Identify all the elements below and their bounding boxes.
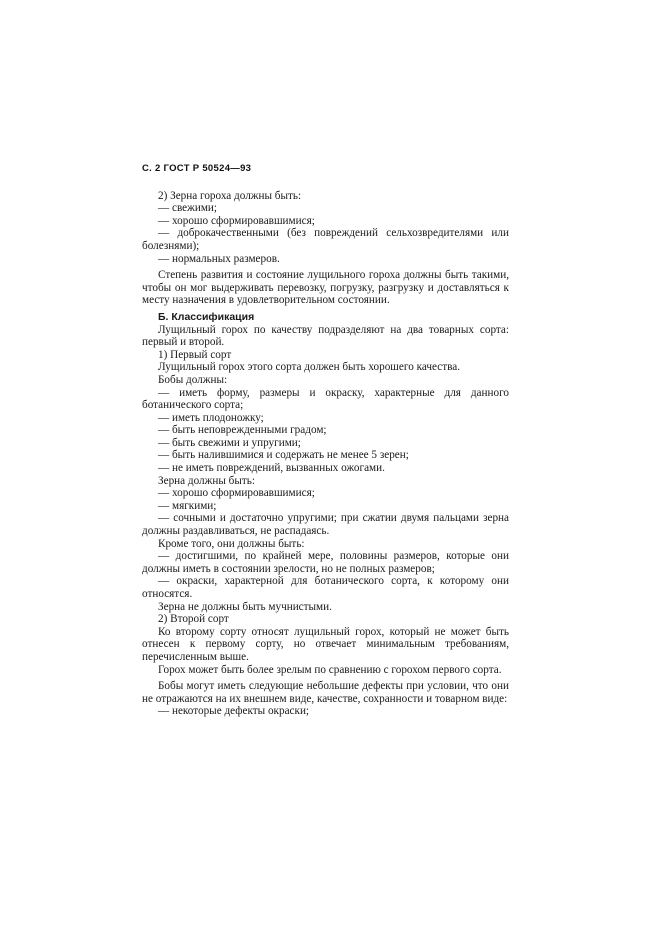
page-header: С. 2 ГОСТ Р 50524—93 (142, 163, 509, 176)
paragraph: — не иметь повреждений, вызванных ожогам… (142, 462, 509, 475)
paragraph: — быть налившимися и содержать не менее … (142, 449, 509, 462)
paragraph: — быть свежими и упругими; (142, 437, 509, 450)
paragraph: 1) Первый сорт (142, 349, 509, 362)
heading-text: Б. Классификация (158, 311, 254, 323)
paragraph: — хорошо сформировавшимися; (142, 215, 509, 228)
paragraph: — нормальных размеров. (142, 253, 509, 266)
paragraph: Зерна не должны быть мучнистыми. (142, 601, 509, 614)
paragraph: Степень развития и состояние лущильного … (142, 269, 509, 307)
paragraph: — быть неповрежденными градом; (142, 424, 509, 437)
paragraph: Бобы должны: (142, 374, 509, 387)
paragraph: — иметь форму, размеры и окраску, характ… (142, 387, 509, 412)
paragraph: — доброкачественными (без повреждений се… (142, 227, 509, 252)
paragraph: Лущильный горох по качеству подразделяют… (142, 324, 509, 349)
paragraph: Бобы могут иметь следующие небольшие деф… (142, 680, 509, 705)
paragraph: Ко второму сорту относят лущильный горох… (142, 626, 509, 664)
paragraph: Кроме того, они должны быть: (142, 538, 509, 551)
paragraph: 2) Зерна гороха должны быть: (142, 190, 509, 203)
paragraph: Горох может быть более зрелым по сравнен… (142, 664, 509, 677)
paragraph: 2) Второй сорт (142, 613, 509, 626)
paragraph: — достигшими, по крайней мере, половины … (142, 550, 509, 575)
paragraph: — мягкими; (142, 500, 509, 513)
document-page: С. 2 ГОСТ Р 50524—93 2) Зерна гороха дол… (142, 163, 509, 718)
paragraph: — некоторые дефекты окраски; (142, 705, 509, 718)
paragraph: — окраски, характерной для ботанического… (142, 575, 509, 600)
paragraph: Лущильный горох этого сорта должен быть … (142, 361, 509, 374)
section-heading: Б. Классификация (142, 311, 509, 324)
paragraph: — иметь плодоножку; (142, 412, 509, 425)
paragraph: — свежими; (142, 202, 509, 215)
paragraph: Зерна должны быть: (142, 475, 509, 488)
paragraph: — хорошо сформировавшимися; (142, 487, 509, 500)
paragraph: — сочными и достаточно упругими; при сжа… (142, 512, 509, 537)
document-body: 2) Зерна гороха должны быть:— свежими;— … (142, 190, 509, 718)
